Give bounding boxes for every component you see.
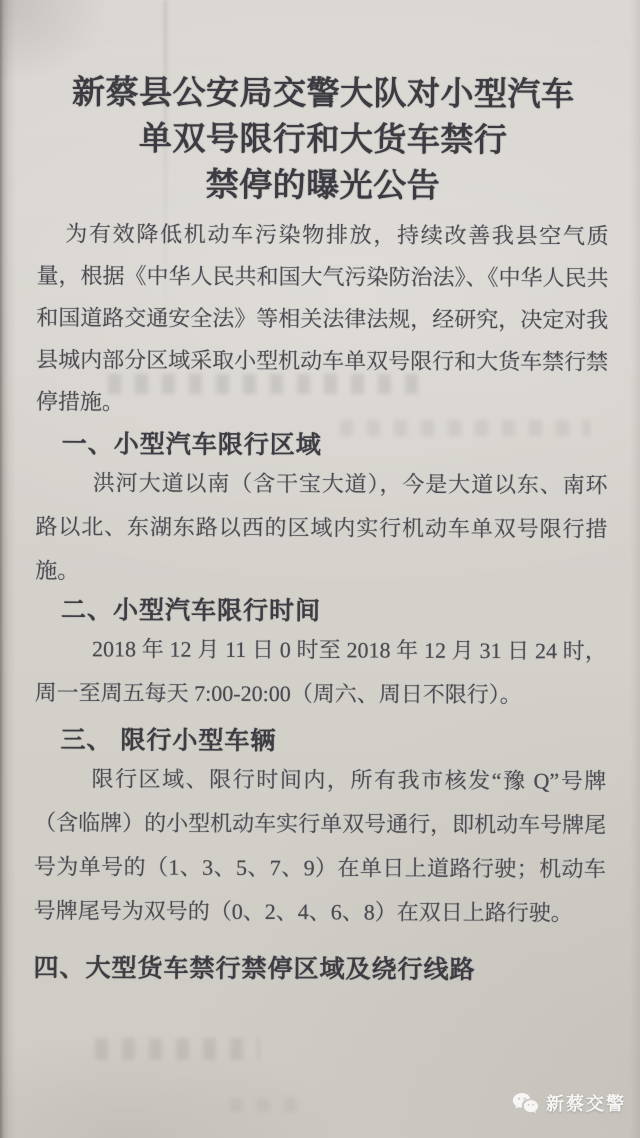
- bleedthrough-smudge: [230, 1098, 310, 1112]
- wechat-watermark: 新蔡交警: [512, 1090, 626, 1116]
- bleedthrough-smudge: [95, 1038, 260, 1060]
- intro-paragraph: 为有效降低机动车污染物排放，持续改善我县空气质量，根据《中华人民共和国大气污染防…: [36, 213, 609, 425]
- notice-title-line-3: 禁停的曝光公告: [37, 161, 609, 209]
- scanned-notice-photo: 新蔡县公安局交警大队对小型汽车 单双号限行和大货车禁行 禁停的曝光公告 为有效降…: [0, 0, 640, 1138]
- notice-title: 新蔡县公安局交警大队对小型汽车 单双号限行和大货车禁行 禁停的曝光公告: [37, 69, 610, 209]
- section-2-body: 2018 年 12 月 11 日 0 时至 2018 年 12 月 31 日 2…: [35, 627, 607, 717]
- watermark-label: 新蔡交警: [546, 1090, 626, 1116]
- wechat-icon: [512, 1092, 539, 1115]
- section-4-heading: 四、大型货车禁行禁停区域及绕行线路: [33, 951, 605, 987]
- section-3-heading: 三、 限行小型车辆: [34, 723, 606, 759]
- notice-title-line-2: 单双号限行和大货车禁行: [37, 115, 609, 163]
- notice-content: 新蔡县公安局交警大队对小型汽车 单双号限行和大货车禁行 禁停的曝光公告 为有效降…: [0, 0, 640, 988]
- section-3-body: 限行区域、限行时间内，所有我市核发“豫 Q”号牌（含临牌）的小型机动车实行单双号…: [34, 757, 607, 935]
- section-2-heading: 二、小型汽车限行时间: [35, 593, 607, 629]
- notice-title-line-1: 新蔡县公安局交警大队对小型汽车: [37, 69, 609, 117]
- section-1-heading: 一、小型汽车限行区域: [36, 427, 608, 463]
- section-1-body: 洪河大道以南（含干宝大道），今是大道以东、南环路以北、东湖东路以西的区域内实行机…: [35, 461, 608, 595]
